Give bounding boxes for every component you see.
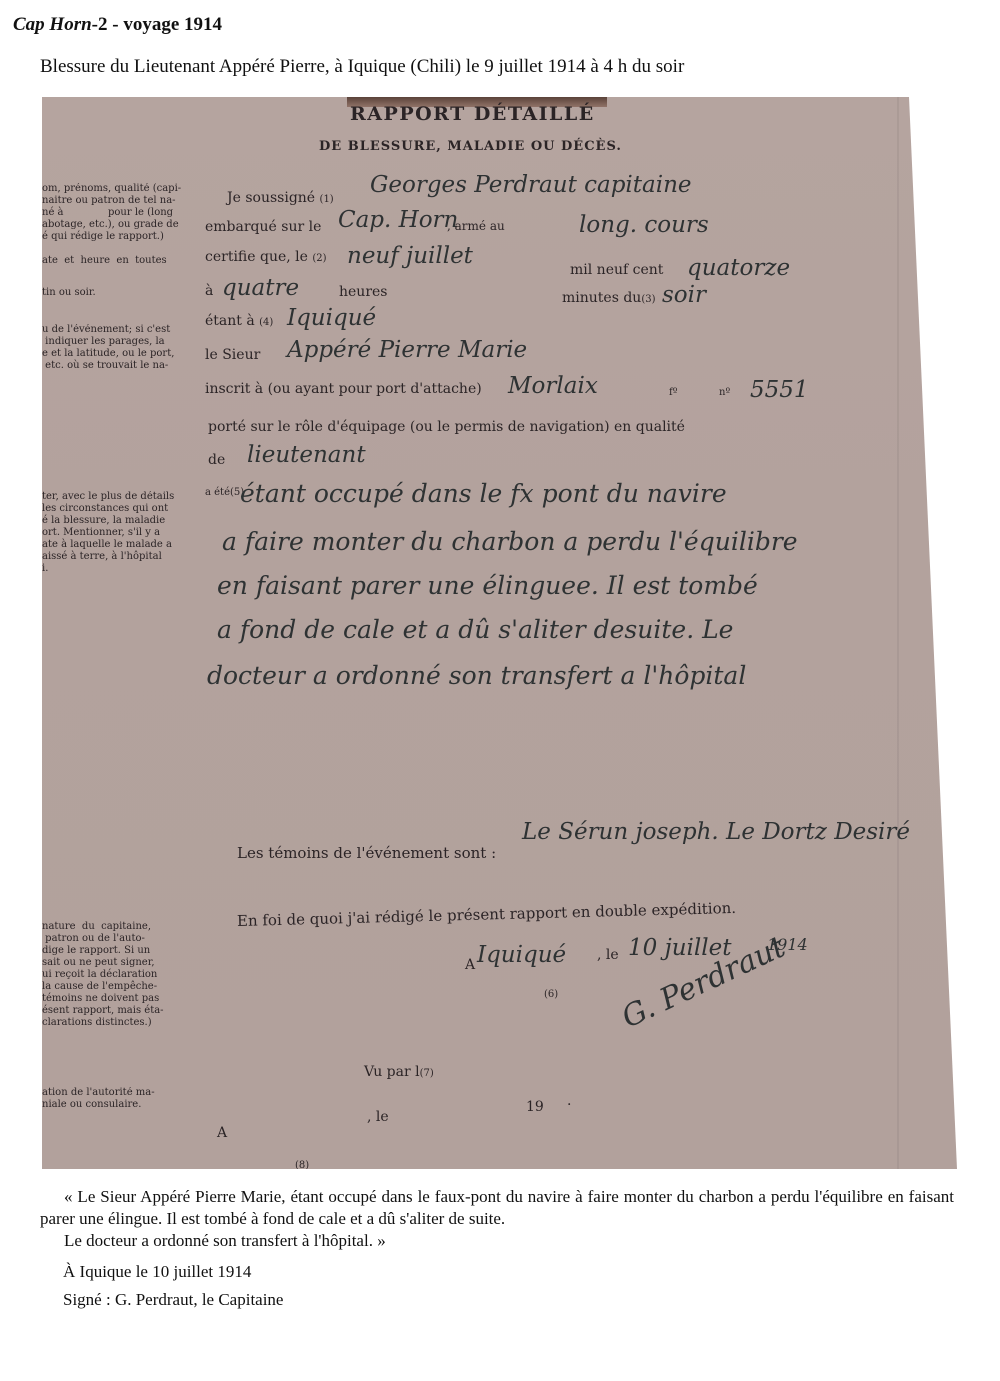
signing-place-value: Iquiqué [477,942,566,968]
margin-note-1: om, prénoms, qualité (capi- naitre ou pa… [42,183,182,243]
certifie-label: certifie que, le (2) [205,249,327,265]
margin-note-2: ate et heure en toutes [42,255,182,267]
en-foi-label: En foi de quoi j'ai rédigé le présent ra… [237,899,737,930]
numero-value: 5551 [750,377,809,403]
sieur-value: Appéré Pierre Marie [287,337,527,363]
sieur-label: le Sieur [205,347,260,363]
witnesses-value: Le Sérun joseph. Le Dortz Desiré [522,819,910,845]
transcription-signed: Signé : G. Perdraut, le Capitaine [63,1290,283,1310]
narrative-line-5: docteur a ordonné son transfert a l'hôpi… [207,661,746,690]
margin-note-7: ation de l'autorité ma- niale ou consula… [42,1087,182,1111]
dot: · [567,1097,571,1113]
transcription-quote-1: « Le Sieur Appéré Pierre Marie, étant oc… [40,1186,954,1230]
page-subtitle: Blessure du Lieutenant Appéré Pierre, à … [40,56,684,78]
date-prefix: , le [597,947,619,963]
de-label: de [208,452,225,468]
narrative-line-1: étant occupé dans le fx pont du navire [240,479,727,508]
etant-label: étant à (4) [205,313,273,329]
narrative-line-2: a faire monter du charbon a perdu l'équi… [222,527,798,556]
narrative-line-3: en faisant parer une élinguee. Il est to… [217,571,758,600]
transcription-quote-2: Le docteur a ordonné son transfert à l'h… [40,1230,954,1252]
mil-label: mil neuf cent [570,262,663,278]
margin-note-5: ter, avec le plus de détails les circons… [42,491,182,575]
transcription: « Le Sieur Appéré Pierre Marie, étant oc… [40,1186,954,1252]
soussigne-value: Georges Perdraut capitaine [370,172,692,198]
soussigne-label: Je soussigné (1) [227,190,334,206]
temoins-label: Les témoins de l'événement sont : [237,844,496,862]
heures-label: heures [339,284,387,300]
minutes-label: minutes du(3) [562,290,655,306]
form-heading: RAPPORT DÉTAILLÉ [350,103,595,125]
form-subheading: DE BLESSURE, MALADIE OU DÉCÈS. [319,139,622,154]
arme-label: , armé au [447,219,505,233]
ship-name: Cap Horn [13,14,92,35]
page-fold [897,97,899,1169]
rank-value: lieutenant [247,442,366,468]
year-value: quatorze [687,255,790,281]
le2-label: , le [367,1109,389,1125]
vu-label: Vu par l(7) [364,1064,434,1080]
time-of-day-value: soir [662,282,706,308]
margin-note-3: tin ou soir. [42,287,182,299]
a2-label: A [217,1125,227,1141]
page-title: Cap Horn-2 - voyage 1914 [13,14,222,36]
year2-label: 19 [526,1099,544,1115]
embarque-label: embarqué sur le [205,219,321,235]
location-value: Iquiqué [287,305,376,331]
narrative-line-4: a fond de cale et a dû s'aliter desuite.… [217,615,733,644]
note-8: (8) [295,1160,309,1169]
sig-note: (6) [544,989,558,1000]
document-photo: RAPPORT DÉTAILLÉ DE BLESSURE, MALADIE OU… [42,97,957,1169]
numero-label: nº [719,387,730,398]
porte-label: porté sur le rôle d'équipage (ou le perm… [208,419,685,435]
lieu-prefix: A [465,957,475,973]
ship-value: Cap. Horn [338,207,458,233]
margin-note-6: nature du capitaine, patron ou de l'auto… [42,921,182,1029]
margin-note-4: u de l'événement; si c'est indiquer les … [42,324,182,372]
hour-value: quatre [222,275,299,301]
transcription-place-date: À Iquique le 10 juillet 1914 [63,1262,251,1282]
arme-value: long. cours [579,212,709,238]
port-value: Morlaix [508,373,598,399]
title-rest: -2 - voyage 1914 [92,14,222,35]
aete-label: a été(5) [205,487,244,498]
folio-label: fº [669,387,677,398]
inscrit-label: inscrit à (ou ayant pour port d'attache) [205,381,482,397]
a-label: à [205,283,213,299]
date-value: neuf juillet [347,243,473,269]
